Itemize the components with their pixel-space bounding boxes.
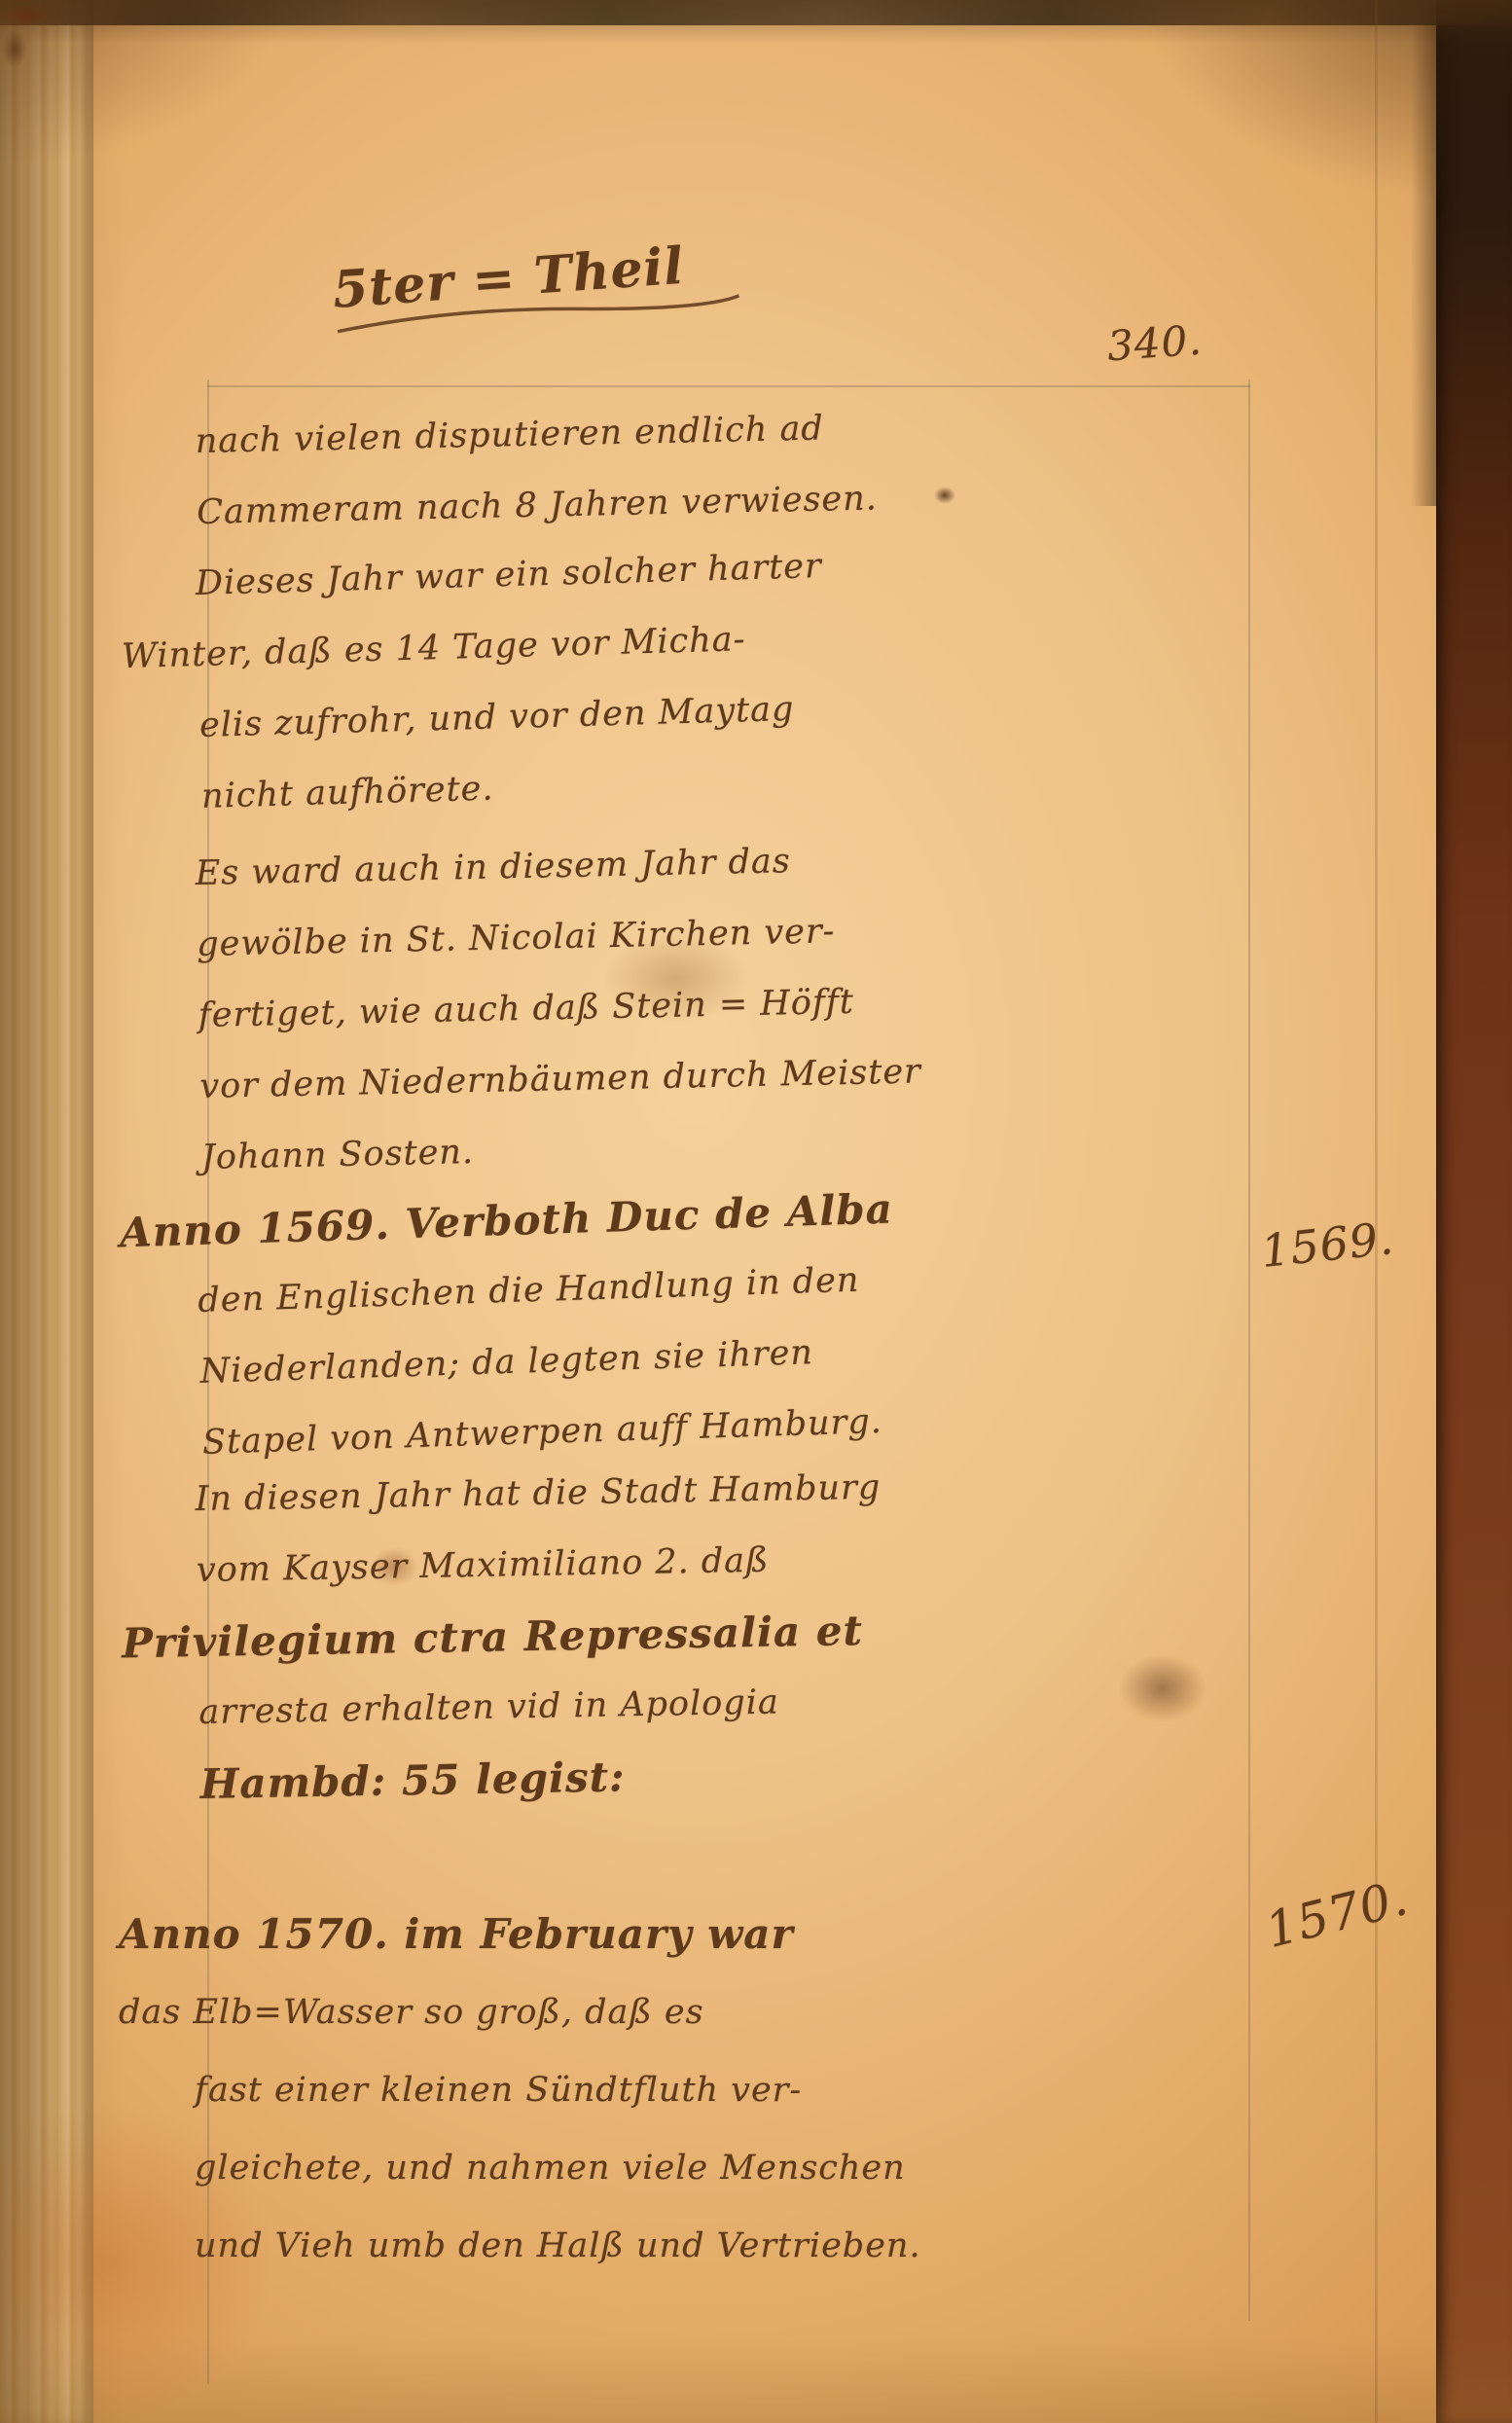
manuscript-line: fast einer kleinen Sündtfluth ver- (195, 2051, 1284, 2129)
manuscript-line: und Vieh umb den Halß und Vertrieben. (195, 2207, 1284, 2285)
manuscript-line: das Elb=Wasser so groß, daß es (119, 1973, 1284, 2051)
paragraph: Es ward auch in diesem Jahr das gewölbe … (195, 816, 1291, 1194)
manuscript-line: Anno 1570. im February war (119, 1896, 1284, 1973)
left-page-stack-edge (0, 0, 93, 2423)
book-top-edge (0, 0, 1512, 25)
paragraph-anno-1570: Anno 1570. im February war das Elb=Wasse… (195, 1896, 1284, 2285)
manuscript-photo: { "page": { "title": "5ter = Theil", "pa… (0, 0, 1512, 2423)
paragraph-anno-1569: Anno 1569. Verboth Duc de Alba den Engli… (195, 1161, 1293, 1479)
book-binding-edge (1436, 0, 1512, 2423)
page-number: 340. (1105, 316, 1204, 371)
page-fold-line (1375, 0, 1378, 2423)
corner-ink-blot (2, 29, 27, 68)
manuscript-line: gleichete, und nahmen viele Menschen (195, 2129, 1284, 2207)
paragraph: Dieses Jahr war ein solcher harter Winte… (195, 519, 1292, 833)
paragraph-privilegium: In diesen Jahr hat die Stadt Hamburg vom… (195, 1445, 1290, 1819)
corner-ink-blot (4, 4, 49, 25)
